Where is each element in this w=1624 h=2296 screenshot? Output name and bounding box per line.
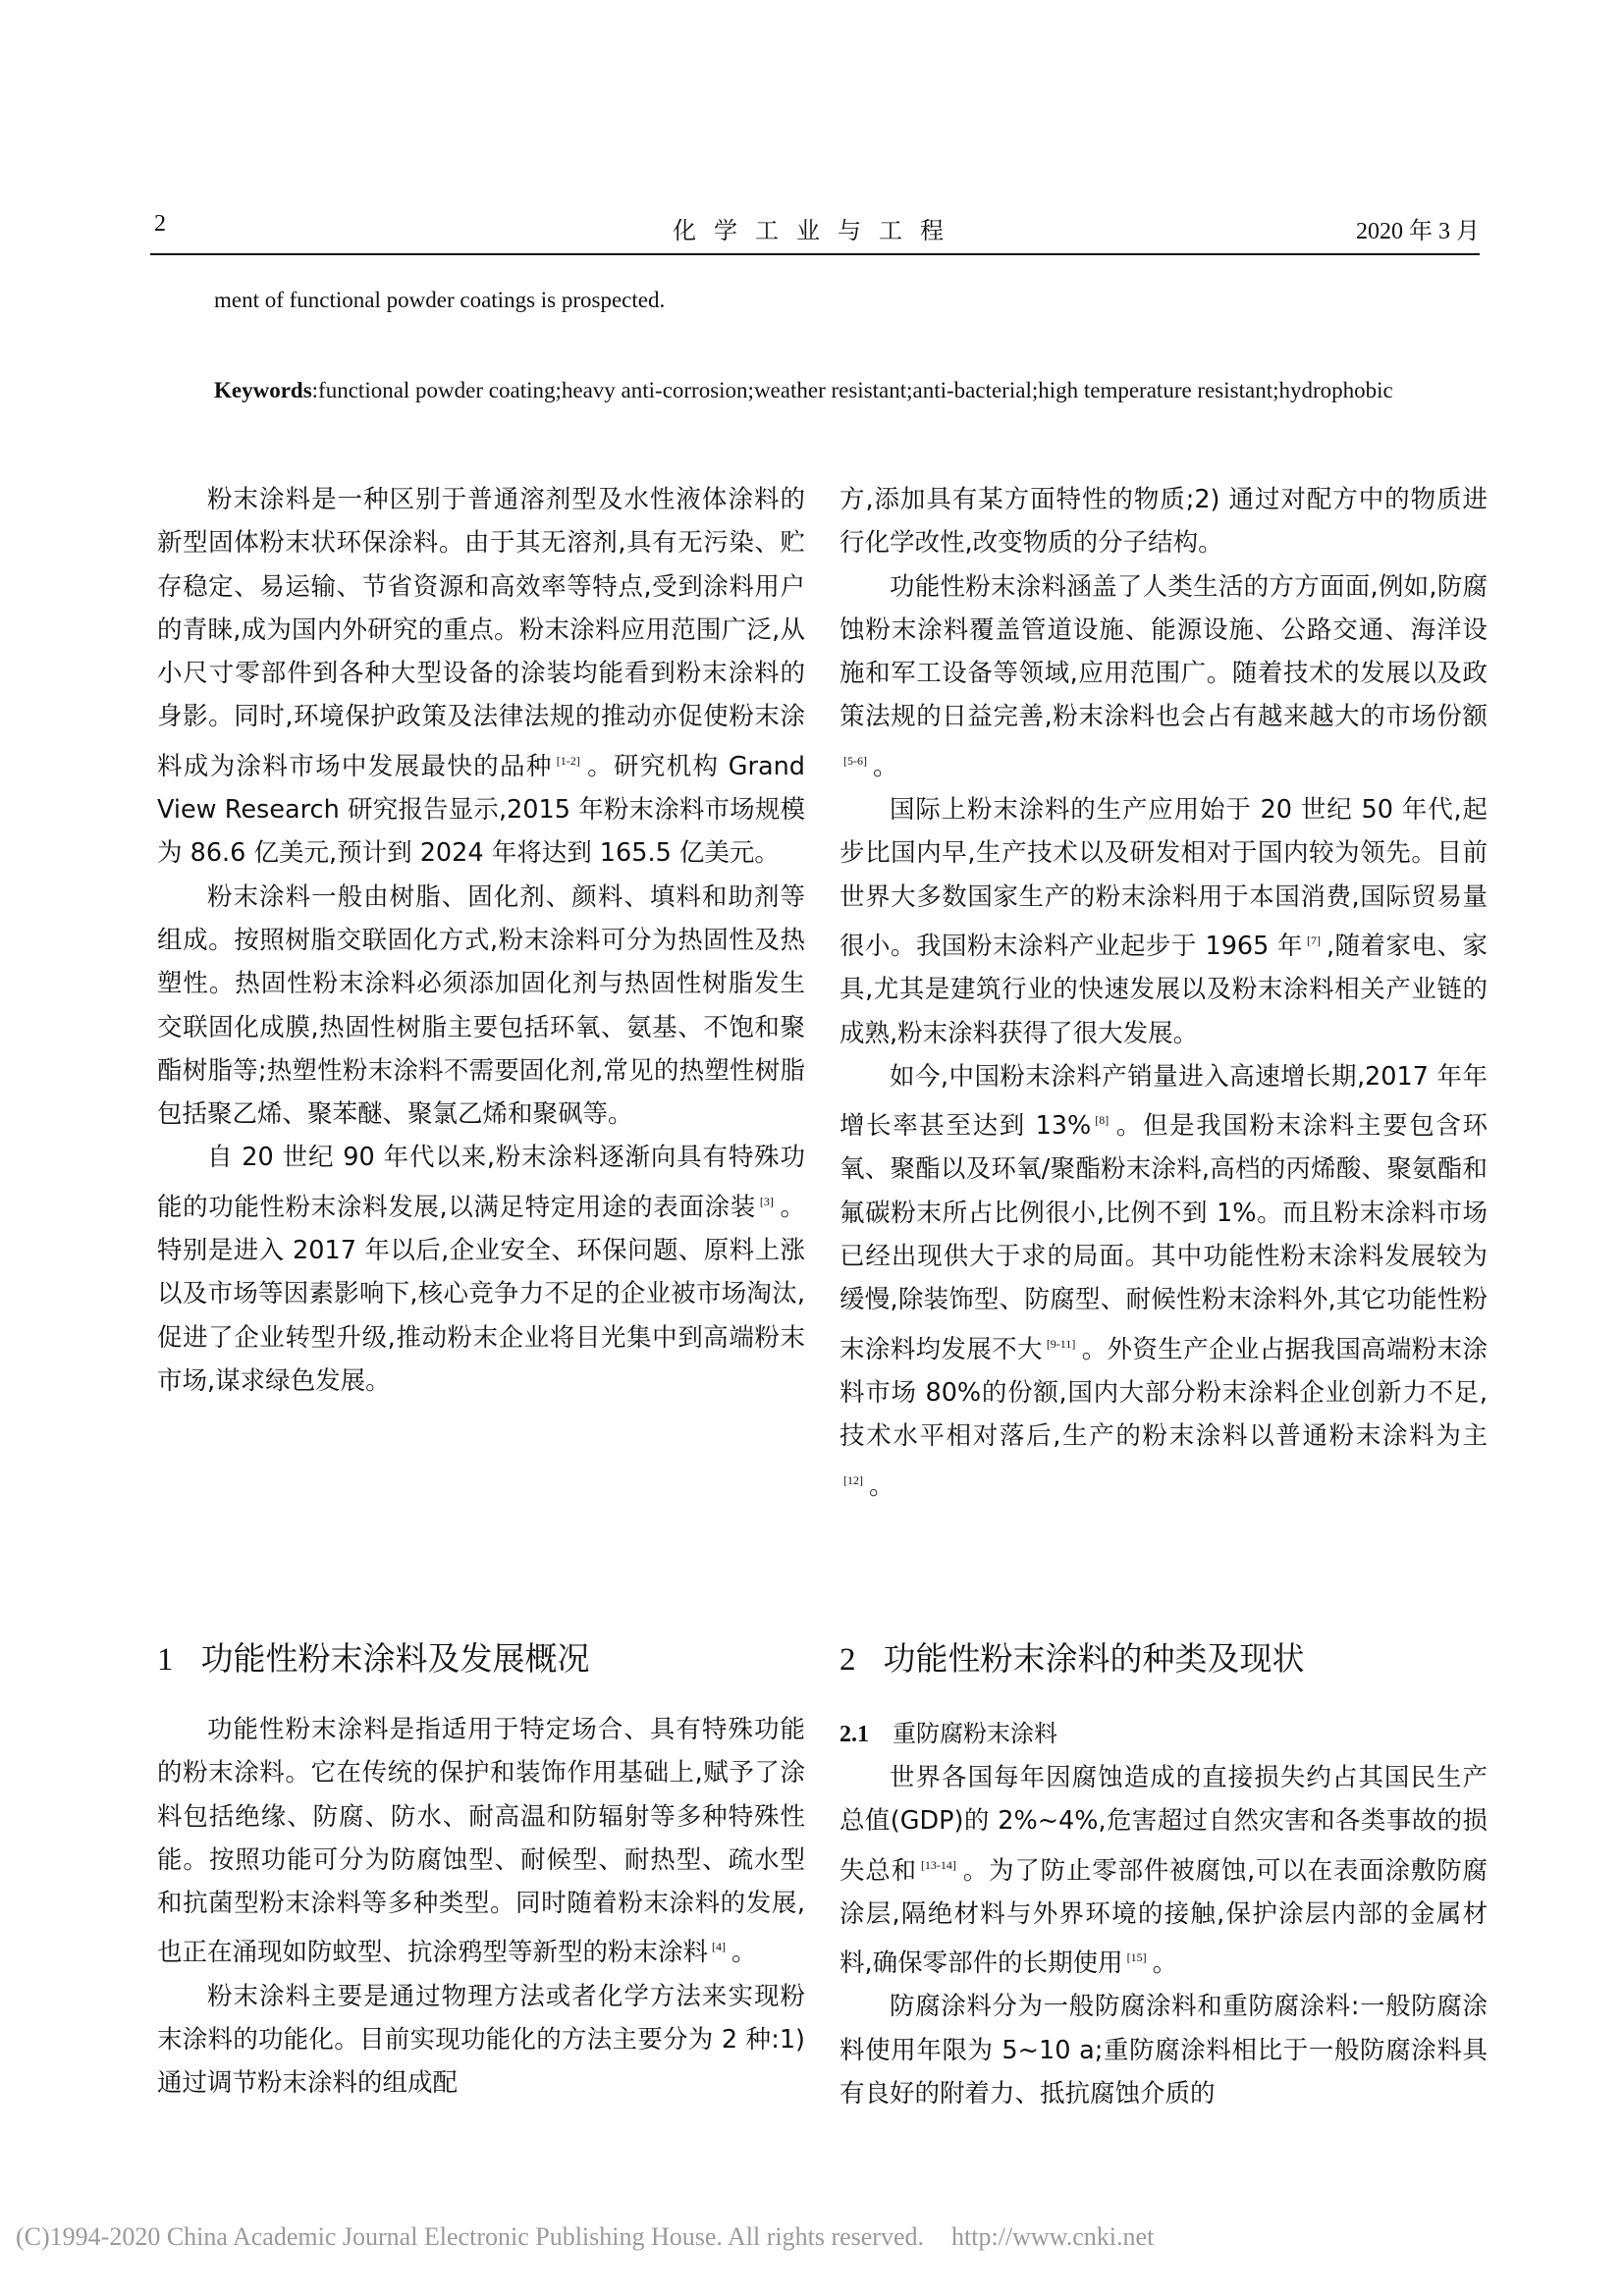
- citation-link[interactable]: [7]: [1307, 934, 1321, 947]
- subsection-number: 2.1: [839, 1722, 869, 1747]
- running-header: 2 化学工业与工程 2020 年 3 月: [154, 211, 1480, 250]
- citation-link[interactable]: [8]: [1095, 1113, 1109, 1127]
- continued-paragraph: 方,添加具有某方面特性的物质;2) 通过对配方中的物质进行化学改性,改变物质的分…: [839, 478, 1488, 565]
- intro-paragraph-3: 自 20 世纪 90 年代以来,粉末涂料逐渐向具有特殊功能的功能性粉末涂料发展,…: [157, 1136, 805, 1403]
- subsection-title: 重防腐粉末涂料: [893, 1720, 1057, 1747]
- section-2-paragraph-2: 防腐涂料分为一般防腐涂料和重防腐涂料:一般防腐涂料使用年限为 5~10 a;重防…: [839, 1985, 1488, 2115]
- citation-link[interactable]: [1-2]: [557, 754, 580, 768]
- citation-link[interactable]: [5-6]: [843, 754, 867, 768]
- section-number: 1: [157, 1642, 174, 1678]
- copyright-text: (C)1994-2020 China Academic Journal Elec…: [16, 2222, 924, 2251]
- section-2-heading: 2功能性粉末涂料的种类及现状: [839, 1637, 1305, 1682]
- subsection-2-1-heading: 2.1重防腐粉末涂料: [839, 1712, 1488, 1756]
- header-rule: [150, 253, 1480, 255]
- copyright-footer: (C)1994-2020 China Academic Journal Elec…: [16, 2222, 1390, 2252]
- citation-link[interactable]: [13-14]: [921, 1858, 956, 1872]
- left-column-intro: 粉末涂料是一种区别于普通溶剂型及水性液体涂料的新型固体粉末状环保涂料。由于其无溶…: [157, 478, 805, 1403]
- section-1-body: 功能性粉末涂料是指适用于特定场合、具有特殊功能的粉末涂料。它在传统的保护和装饰作…: [157, 1708, 805, 2106]
- section-title: 功能性粉末涂料及发展概况: [201, 1639, 590, 1678]
- citation-link[interactable]: [15]: [1127, 1950, 1147, 1964]
- right-column-upper: 方,添加具有某方面特性的物质;2) 通过对配方中的物质进行化学改性,改变物质的分…: [839, 478, 1488, 1508]
- section-2-paragraph-1: 世界各国每年因腐蚀造成的直接损失约占其国民生产总值(GDP)的 2%~4%,危害…: [839, 1756, 1488, 1985]
- section-2-body: 2.1重防腐粉末涂料 世界各国每年因腐蚀造成的直接损失约占其国民生产总值(GDP…: [839, 1712, 1488, 2115]
- section-title: 功能性粉末涂料的种类及现状: [884, 1639, 1305, 1678]
- journal-title: 化学工业与工程: [154, 211, 1480, 245]
- citation-link[interactable]: [3]: [760, 1195, 774, 1208]
- keywords-label: Keywords: [214, 378, 312, 402]
- right-paragraph-1: 功能性粉末涂料涵盖了人类生活的方方面面,例如,防腐蚀粉末涂料覆盖管道设施、能源设…: [839, 565, 1488, 788]
- keywords: Keywords:functional powder coating;heavy…: [214, 368, 1451, 413]
- abstract-tail: ment of functional powder coatings is pr…: [214, 285, 1471, 316]
- cnki-link[interactable]: http://www.cnki.net: [951, 2222, 1154, 2251]
- section-1-paragraph-1: 功能性粉末涂料是指适用于特定场合、具有特殊功能的粉末涂料。它在传统的保护和装饰作…: [157, 1708, 805, 1975]
- intro-paragraph-1: 粉末涂料是一种区别于普通溶剂型及水性液体涂料的新型固体粉末状环保涂料。由于其无溶…: [157, 478, 805, 876]
- intro-paragraph-2: 粉末涂料一般由树脂、固化剂、颜料、填料和助剂等组成。按照树脂交联固化方式,粉末涂…: [157, 876, 805, 1137]
- keywords-text: :functional powder coating;heavy anti-co…: [312, 378, 1393, 402]
- citation-link[interactable]: [12]: [843, 1473, 863, 1487]
- right-paragraph-2: 国际上粉末涂料的生产应用始于 20 世纪 50 年代,起步比国内早,生产技术以及…: [839, 788, 1488, 1055]
- issue-date: 2020 年 3 月: [1356, 211, 1480, 245]
- citation-link[interactable]: [9-11]: [1047, 1337, 1076, 1351]
- section-number: 2: [839, 1642, 856, 1678]
- section-1-heading: 1功能性粉末涂料及发展概况: [157, 1637, 590, 1682]
- section-1-paragraph-2: 粉末涂料主要是通过物理方法或者化学方法来实现粉末涂料的功能化。目前实现功能化的方…: [157, 1975, 805, 2106]
- right-paragraph-3: 如今,中国粉末涂料产销量进入高速增长期,2017 年年增长率甚至达到 13%[8…: [839, 1055, 1488, 1508]
- citation-link[interactable]: [4]: [712, 1940, 726, 1953]
